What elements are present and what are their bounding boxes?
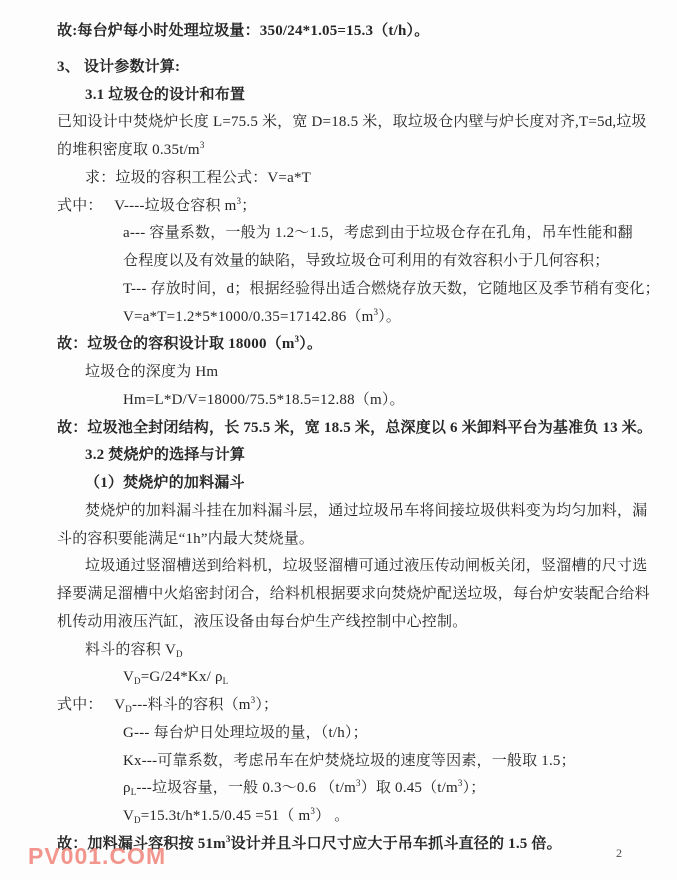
subscript: D [134, 676, 141, 686]
text-segment: ---垃圾容量，一般 0.3～0.6 （t/m [136, 780, 356, 796]
document-line: 焚烧炉的加料漏斗挂在加料漏斗层，通过垃圾吊车将间接垃圾供料变为均匀加料，漏 [57, 498, 667, 526]
document-line: Hm=L*D/V=18000/75.5*18.5=12.88（m）。 [57, 387, 667, 415]
document-page: 故:每台炉每小时处理垃圾量：350/24*1.05=15.3（t/h）。3、 设… [0, 0, 677, 880]
document-line: 故：垃圾池全封闭结构，长 75.5 米，宽 18.5 米，总深度以 6 米卸料平… [57, 415, 667, 443]
text-segment: 故：垃圾池全封闭结构，长 75.5 米，宽 18.5 米，总深度以 6 米卸料平… [57, 420, 652, 436]
text-segment: ）。 [299, 336, 322, 352]
text-segment: V [123, 808, 134, 824]
text-segment: =15.3t/h*1.5/0.45 =51（ m [141, 808, 311, 824]
subscript: D [176, 649, 183, 659]
subscript: L [131, 787, 137, 797]
document-line: 3.2 焚烧炉的选择与计算 [57, 442, 667, 470]
document-line: 式中： V----垃圾仓容积 m3； [57, 193, 667, 221]
superscript: 3 [356, 778, 361, 788]
text-segment: 料斗的容积 V [85, 642, 176, 658]
superscript: 3 [226, 834, 231, 844]
text-segment: 3.2 焚烧炉的选择与计算 [85, 447, 245, 463]
text-segment: 已知设计中焚烧炉长度 L=75.5 米，宽 D=18.5 米，取垃圾仓内壁与炉长… [57, 114, 647, 130]
text-segment: 式中： V [57, 697, 125, 713]
watermark: PV001.COM [28, 843, 166, 870]
text-segment: 焚烧炉的加料漏斗挂在加料漏斗层，通过垃圾吊车将间接垃圾供料变为均匀加料，漏 [85, 503, 647, 519]
superscript: 3 [251, 695, 256, 705]
text-segment: a--- 容量系数，一般为 1.2～1.5，考虑到由于垃圾仓存在孔角，吊车性能和… [123, 225, 633, 241]
text-segment: =G/24*Kx/ ρ [141, 669, 223, 685]
document-line: 的堆积密度取 0.35t/m3 [57, 137, 667, 165]
document-line: 3.1 垃圾仓的设计和布置 [57, 82, 667, 110]
superscript: 3 [237, 196, 242, 206]
document-line: 垃圾仓的深度为 Hm [57, 359, 667, 387]
text-segment: ） 。 [315, 808, 349, 824]
text-segment: V [123, 669, 134, 685]
text-segment: 垃圾通过竖溜槽送到给料机，垃圾竖溜槽可通过液压传动闸板关闭，竖溜槽的尺寸选 [85, 558, 647, 574]
text-segment: ---料斗的容积（m [132, 697, 251, 713]
subscript: L [223, 676, 229, 686]
document-line: G--- 每台炉日处理垃圾的量，（t/h）； [57, 720, 667, 748]
document-line: 故:每台炉每小时处理垃圾量：350/24*1.05=15.3（t/h）。 [57, 18, 667, 46]
text-segment: Hm=L*D/V=18000/75.5*18.5=12.88（m）。 [123, 392, 405, 408]
text-segment: ρ [123, 780, 131, 796]
document-body: 故:每台炉每小时处理垃圾量：350/24*1.05=15.3（t/h）。3、 设… [57, 18, 667, 859]
text-segment: （1）焚烧炉的加料漏斗 [85, 475, 245, 491]
document-line: 垃圾通过竖溜槽送到给料机，垃圾竖溜槽可通过液压传动闸板关闭，竖溜槽的尺寸选 [57, 553, 667, 581]
text-segment: 的堆积密度取 0.35t/m [57, 142, 200, 158]
text-segment: 求：垃圾的容积工程公式：V=a*T [85, 170, 311, 186]
text-segment: Kx---可靠系数，考虑吊车在炉焚烧垃圾的速度等因素，一般取 1.5； [123, 753, 576, 769]
document-line: VD=G/24*Kx/ ρL [57, 664, 667, 692]
text-segment: 择要满足溜槽中火焰密封闭合，给料机根据要求向焚烧炉配送垃圾，每台炉安装配合给料 [57, 586, 650, 602]
document-line: 料斗的容积 VD [57, 637, 667, 665]
text-segment: ）取 0.45（t/m [361, 780, 458, 796]
text-segment: ； [241, 198, 256, 214]
text-segment: ）； [463, 780, 486, 796]
text-segment: 仓程度以及有效量的缺陷，导致垃圾仓可利用的有效容积小于几何容积； [123, 253, 609, 269]
superscript: 3 [295, 334, 300, 344]
text-segment: 故：垃圾仓的容积设计取 18000（m [57, 336, 295, 352]
text-segment: 3、 设计参数计算: [57, 59, 180, 75]
subscript: D [125, 704, 132, 714]
superscript: 3 [310, 806, 315, 816]
text-segment: 斗的容积要能满足“1h”内最大焚烧量。 [57, 531, 314, 547]
text-segment: ）。 [378, 309, 401, 325]
text-segment: 式中： V----垃圾仓容积 m [57, 198, 237, 214]
superscript: 3 [200, 140, 205, 150]
text-segment: 机传动用液压汽缸，液压设备由每台炉生产线控制中心控制。 [57, 614, 467, 630]
document-line: a--- 容量系数，一般为 1.2～1.5，考虑到由于垃圾仓存在孔角，吊车性能和… [57, 220, 667, 248]
document-line: （1）焚烧炉的加料漏斗 [57, 470, 667, 498]
text-segment: 3.1 垃圾仓的设计和布置 [85, 87, 245, 103]
document-line: 斗的容积要能满足“1h”内最大焚烧量。 [57, 526, 667, 554]
text-segment: 设计并且斗口尺寸应大于吊车抓斗直径的 1.5 倍。 [231, 836, 562, 852]
text-segment: ）； [255, 697, 278, 713]
document-line: VD=15.3t/h*1.5/0.45 =51（ m3） 。 [57, 803, 667, 831]
superscript: 3 [458, 778, 463, 788]
document-line: V=a*T=1.2*5*1000/0.35=17142.86（m3）。 [57, 304, 667, 332]
text-segment: 故:每台炉每小时处理垃圾量：350/24*1.05=15.3（t/h）。 [57, 23, 429, 39]
document-line: 式中： VD---料斗的容积（m3）； [57, 692, 667, 720]
document-line: Kx---可靠系数，考虑吊车在炉焚烧垃圾的速度等因素，一般取 1.5； [57, 748, 667, 776]
document-line: ρL---垃圾容量，一般 0.3～0.6 （t/m3）取 0.45（t/m3）； [57, 775, 667, 803]
superscript: 3 [374, 307, 379, 317]
document-line: 故：垃圾仓的容积设计取 18000（m3）。 [57, 331, 667, 359]
page-number: 2 [616, 846, 622, 861]
document-line: 仓程度以及有效量的缺陷，导致垃圾仓可利用的有效容积小于几何容积； [57, 248, 667, 276]
text-segment: G--- 每台炉日处理垃圾的量，（t/h）； [123, 725, 368, 741]
subscript: D [134, 815, 141, 825]
document-line: 求：垃圾的容积工程公式：V=a*T [57, 165, 667, 193]
document-line: T--- 存放时间，d；根据经验得出适合燃烧存放天数，它随地区及季节稍有变化； [57, 276, 667, 304]
text-segment: T--- 存放时间，d；根据经验得出适合燃烧存放天数，它随地区及季节稍有变化； [123, 281, 660, 297]
text-segment: V=a*T=1.2*5*1000/0.35=17142.86（m [123, 309, 374, 325]
document-line: 择要满足溜槽中火焰密封闭合，给料机根据要求向焚烧炉配送垃圾，每台炉安装配合给料 [57, 581, 667, 609]
document-line: 机传动用液压汽缸，液压设备由每台炉生产线控制中心控制。 [57, 609, 667, 637]
document-line: 已知设计中焚烧炉长度 L=75.5 米，宽 D=18.5 米，取垃圾仓内壁与炉长… [57, 109, 667, 137]
document-line: 3、 设计参数计算: [57, 54, 667, 82]
text-segment: 垃圾仓的深度为 Hm [85, 364, 218, 380]
